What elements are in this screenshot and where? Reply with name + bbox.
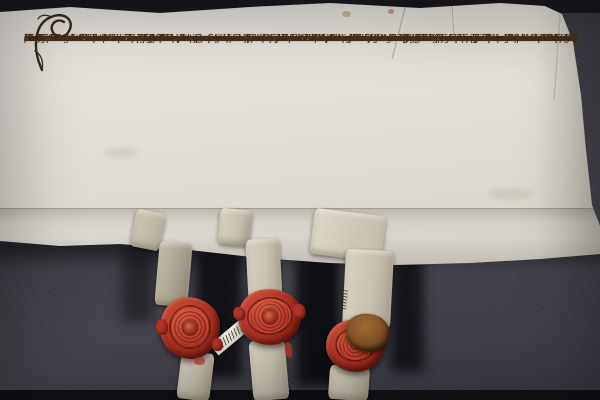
manuscript-line: Ric Forster & multis aliis Dat die mane … xyxy=(24,32,577,47)
wax-lump xyxy=(212,338,223,351)
wax-drip xyxy=(194,357,205,365)
seal-tag-middle-tail xyxy=(248,339,289,400)
photo-medieval-charter: niuersis xpi fidelibz ad quos psens scri… xyxy=(0,0,600,400)
wax-seal-middle xyxy=(235,285,305,348)
parchment-crease xyxy=(451,2,456,34)
manuscript-text: niuersis xpi fidelibz ad quos psens scri… xyxy=(24,32,577,210)
seal-center-boss xyxy=(184,322,196,334)
wax-seal-left xyxy=(160,297,220,359)
wax-seal-right xyxy=(325,319,386,374)
tag-shadow xyxy=(122,248,154,322)
tag-shadow xyxy=(390,250,424,372)
parchment-stain xyxy=(388,9,394,14)
parchment-stain xyxy=(342,11,351,17)
illuminated-initial xyxy=(28,10,90,76)
background-bottom-strip xyxy=(0,390,600,400)
wax-lump xyxy=(156,319,168,335)
